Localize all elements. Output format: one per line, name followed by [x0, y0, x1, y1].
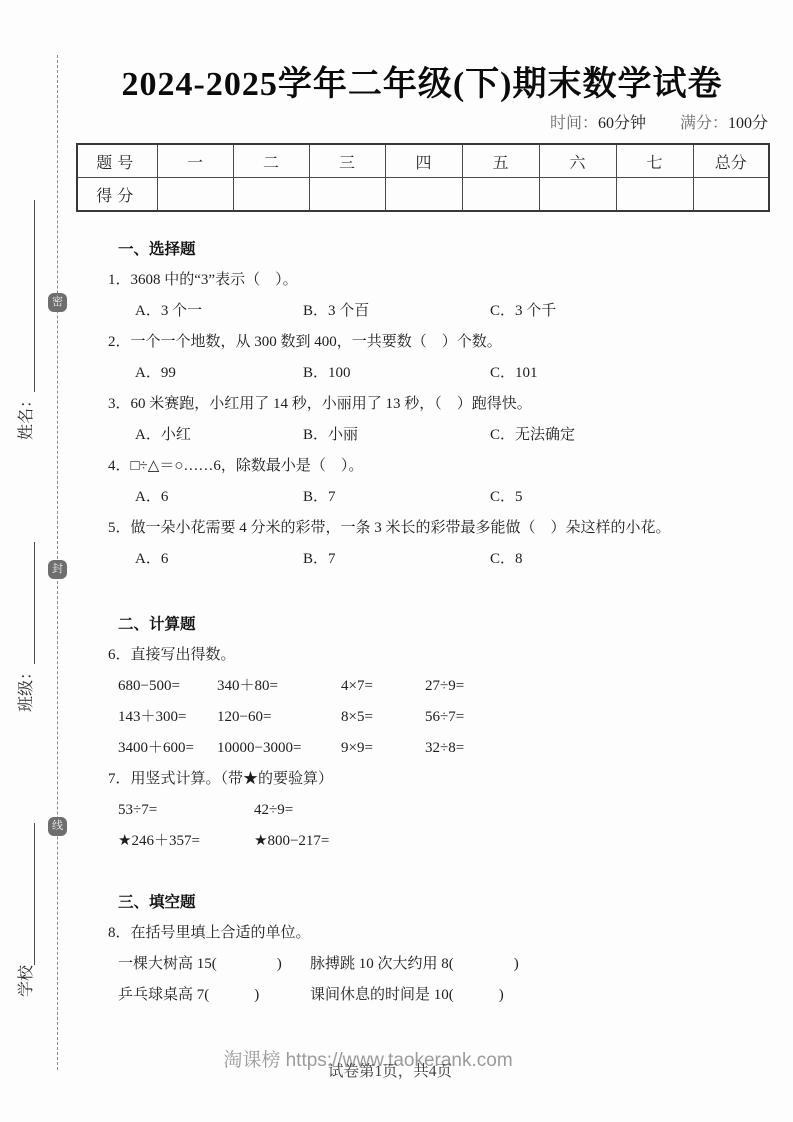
calc-row: 680−500=340＋80=4×7=27÷9= — [104, 671, 768, 702]
option-label: C．无法确定 — [490, 420, 768, 451]
calc-row: ★246＋357=★800−217= — [104, 826, 768, 857]
calc-expression: 8×5= — [341, 702, 425, 733]
score-cell-4 — [385, 178, 462, 212]
exam-paper-page: 密 封 线 姓名： 班级： 学校 2024-2025学年二年级(下)期末数学试卷… — [0, 0, 793, 1122]
score-table-header-row: 题号 一 二 三 四 五 六 七 总分 — [77, 144, 769, 178]
question-text: 7．用竖式计算。（带★的要验算） — [104, 764, 768, 795]
section-fill: 三、填空题8．在括号里填上合适的单位。一棵大树高 15( )脉搏跳 10 次大约… — [104, 887, 768, 1011]
calc-expression: 56÷7= — [425, 702, 768, 733]
option-label: C．101 — [490, 358, 768, 389]
score-cell-6 — [539, 178, 616, 212]
full-score-value: 100分 — [728, 115, 768, 132]
score-cell-5 — [462, 178, 539, 212]
col-header-5: 五 — [462, 144, 539, 178]
section-choice: 一、选择题1．3608 中的“3”表示（ ）。A．3 个一B．3 个百C．3 个… — [104, 234, 768, 575]
calc-row: 143＋300=120−60=8×5=56÷7= — [104, 702, 768, 733]
calc-row: 53÷7=42÷9= — [104, 795, 768, 826]
col-header-1: 一 — [157, 144, 233, 178]
seal-badge-feng: 封 — [48, 560, 67, 579]
class-label: 班级： — [14, 664, 40, 712]
option-label: C．3 个千 — [490, 296, 768, 327]
option-label: A．6 — [135, 544, 303, 575]
fill-blank-item: 脉搏跳 10 次大约用 8( ) — [310, 949, 768, 980]
question-text: 5．做一朵小花需要 4 分米的彩带，一条 3 米长的彩带最多能做（ ）朵这样的小… — [104, 513, 768, 544]
score-table: 题号 一 二 三 四 五 六 七 总分 得分 — [76, 143, 770, 212]
class-field: 班级： — [14, 542, 40, 712]
option-label: B．7 — [303, 482, 490, 513]
option-row: A．6B．7C．8 — [104, 544, 768, 575]
section-heading-calc: 二、计算题 — [104, 609, 768, 640]
calc-expression: 32÷8= — [425, 733, 768, 764]
col-header-6: 六 — [539, 144, 616, 178]
option-row: A．99B．100C．101 — [104, 358, 768, 389]
question-text: 6．直接写出得数。 — [104, 640, 768, 671]
option-label: A．3 个一 — [135, 296, 303, 327]
option-label: B．7 — [303, 544, 490, 575]
total-score-header: 总分 — [693, 144, 769, 178]
question-text: 8．在括号里填上合适的单位。 — [104, 918, 768, 949]
option-row: A．6B．7C．5 — [104, 482, 768, 513]
seal-badge-mi: 密 — [48, 293, 67, 312]
question-text: 2．一个一个地数，从 300 数到 400，一共要数（ ）个数。 — [104, 327, 768, 358]
calc-expression: 4×7= — [341, 671, 425, 702]
student-name-field: 姓名： — [14, 200, 40, 440]
score-cell-3 — [309, 178, 385, 212]
fill-blank-item: 课间休息的时间是 10( ) — [310, 980, 768, 1011]
school-label: 学校 — [14, 965, 40, 997]
calc-expression: 42÷9= — [254, 795, 768, 826]
option-row: A．小红B．小丽C．无法确定 — [104, 420, 768, 451]
time-value: 60分钟 — [598, 115, 646, 132]
option-label: A．6 — [135, 482, 303, 513]
question-text: 3．60 米赛跑，小红用了 14 秒，小丽用了 13 秒，（ ）跑得快。 — [104, 389, 768, 420]
student-name-label: 姓名： — [14, 392, 40, 440]
exam-meta: 时间：60分钟满分：100分 — [550, 110, 768, 133]
section-calc: 二、计算题6．直接写出得数。680−500=340＋80=4×7=27÷9=14… — [104, 609, 768, 857]
school-blank-line — [34, 823, 35, 965]
section-heading-choice: 一、选择题 — [104, 234, 768, 265]
seal-badge-xian: 线 — [48, 817, 67, 836]
calc-expression: 53÷7= — [118, 795, 254, 826]
calc-row: 3400＋600=10000−3000=9×9=32÷8= — [104, 733, 768, 764]
calc-expression: 143＋300= — [118, 702, 217, 733]
option-row: A．3 个一B．3 个百C．3 个千 — [104, 296, 768, 327]
calc-expression: ★246＋357= — [118, 826, 254, 857]
calc-expression: 9×9= — [341, 733, 425, 764]
option-label: A．99 — [135, 358, 303, 389]
score-cell-1 — [157, 178, 233, 212]
fill-row: 一棵大树高 15( )脉搏跳 10 次大约用 8( ) — [104, 949, 768, 980]
calc-expression: 10000−3000= — [217, 733, 341, 764]
col-header-2: 二 — [233, 144, 309, 178]
score-table-score-row: 得分 — [77, 178, 769, 212]
question-text: 4．□÷△＝○……6，除数最小是（ ）。 — [104, 451, 768, 482]
score-row-label: 得分 — [77, 178, 157, 212]
page-number-info: 试卷第1页，共4页 — [328, 1059, 452, 1081]
calc-expression: ★800−217= — [254, 826, 768, 857]
calc-expression: 27÷9= — [425, 671, 768, 702]
fill-row: 乒乓球桌高 7( )课间休息的时间是 10( ) — [104, 980, 768, 1011]
school-field: 学校 — [14, 823, 40, 997]
score-cell-total — [693, 178, 769, 212]
fill-blank-item: 乒乓球桌高 7( ) — [118, 980, 310, 1011]
option-label: B．100 — [303, 358, 490, 389]
fill-blank-item: 一棵大树高 15( ) — [118, 949, 310, 980]
exam-title: 2024-2025学年二年级(下)期末数学试卷 — [76, 56, 768, 105]
time-label: 时间： — [550, 115, 598, 132]
option-label: A．小红 — [135, 420, 303, 451]
option-label: C．5 — [490, 482, 768, 513]
full-score-label: 满分： — [680, 115, 728, 132]
calc-expression: 3400＋600= — [118, 733, 217, 764]
student-name-blank-line — [34, 200, 35, 392]
question-text: 1．3608 中的“3”表示（ ）。 — [104, 265, 768, 296]
option-label: B．3 个百 — [303, 296, 490, 327]
section-heading-fill: 三、填空题 — [104, 887, 768, 918]
option-label: C．8 — [490, 544, 768, 575]
calc-expression: 120−60= — [217, 702, 341, 733]
calc-expression: 340＋80= — [217, 671, 341, 702]
question-number-header: 题号 — [77, 144, 157, 178]
col-header-7: 七 — [616, 144, 693, 178]
col-header-3: 三 — [309, 144, 385, 178]
score-cell-2 — [233, 178, 309, 212]
calc-expression: 680−500= — [118, 671, 217, 702]
col-header-4: 四 — [385, 144, 462, 178]
score-cell-7 — [616, 178, 693, 212]
option-label: B．小丽 — [303, 420, 490, 451]
class-blank-line — [34, 542, 35, 664]
